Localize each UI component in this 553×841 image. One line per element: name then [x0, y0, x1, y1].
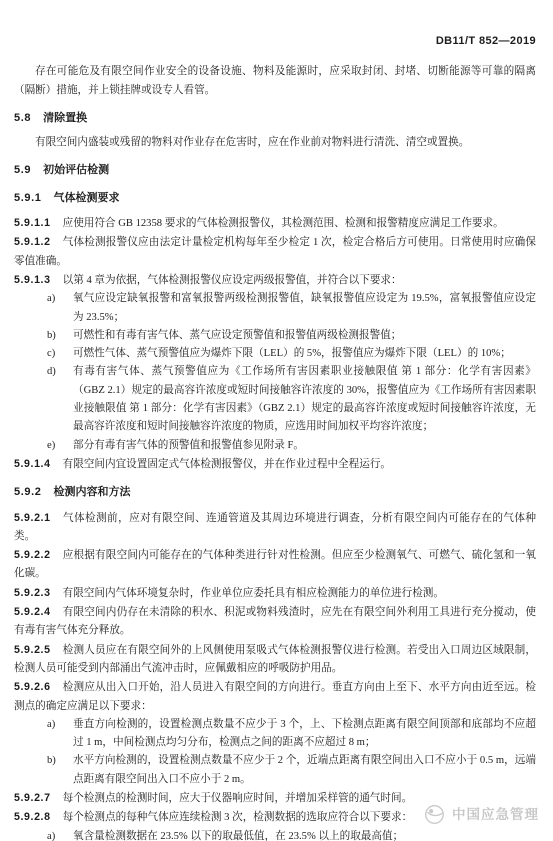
clause-number: 5.9.2.5 [14, 644, 51, 656]
list-item-label: a) [47, 828, 73, 841]
list-item-label: a) [47, 716, 73, 753]
list-item-label: e) [47, 437, 73, 455]
clause-text: 气体检测前，应对有限空间、连通管道及其周边环境进行调查，分析有限空间内可能存在的… [14, 513, 536, 542]
list-item-5-9-1-3-e: e)部分有毒有害气体的预警值和报警值参见附录 F。 [47, 437, 536, 455]
clause-number: 5.9.2.8 [14, 811, 51, 823]
clause-text: 有限空间内宜设置固定式气体检测报警仪，并在作业过程中全程运行。 [63, 459, 391, 470]
list-item-label: b) [47, 327, 73, 345]
clause-5-9-2-2: 5.9.2.2应根据有限空间内可能存在的气体种类进行针对性检测。但应至少检测氧气… [14, 546, 536, 584]
heading-number: 5.9.2 [14, 486, 41, 498]
clause-number: 5.9.2.3 [14, 587, 51, 599]
list-item-text: 可燃性和有毒有害气体、蒸气应设定预警值和报警值两级检测报警值； [73, 327, 536, 345]
list-item-text: 部分有毒有害气体的预警值和报警值参见附录 F。 [73, 437, 536, 455]
heading-number: 5.9.1 [14, 192, 41, 204]
section-heading-5-9-1: 5.9.1气体检测要求 [14, 189, 536, 207]
clause-text: 气体检测报警仪应由法定计量检定机构每年至少检定 1 次，检定合格后方可使用。日常… [14, 237, 536, 266]
heading-number: 5.9 [14, 164, 31, 176]
clause-number: 5.9.2.1 [14, 512, 51, 524]
list-item-text: 水平方向检测的，设置检测点数量不应少于 2 个，近端点距离有限空间出入口不应小于… [73, 752, 536, 789]
list-item-5-9-1-3-c: c)可燃性气体、蒸气预警值应为爆炸下限（LEL）的 5%，报警值应为爆炸下限（L… [47, 345, 536, 363]
list-item-label: d) [47, 363, 73, 436]
clause-5-9-1-4: 5.9.1.4有限空间内宜设置固定式气体检测报警仪，并在作业过程中全程运行。 [14, 455, 536, 474]
clause-text: 以第 4 章为依据，气体检测报警仪应设定两级报警值，并符合以下要求： [63, 275, 402, 286]
heading-number: 5.8 [14, 112, 31, 124]
clause-5-9-1-1: 5.9.1.1应使用符合 GB 12358 要求的气体检测报警仪，其检测范围、检… [14, 214, 536, 233]
watermark: 中国应急管理 [424, 804, 539, 825]
list-item-5-9-1-3-d: d)有毒有害气体、蒸气预警值应为《工作场所有害因素职业接触限值 第 1 部分：化… [47, 363, 536, 436]
heading-title: 初始评估检测 [43, 164, 109, 176]
clause-text: 应根据有限空间内可能存在的气体种类进行针对性检测。但应至少检测氧气、可燃气、硫化… [14, 550, 536, 579]
clause-number: 5.9.1.2 [14, 236, 51, 248]
list-item-5-9-2-8-a: a)氧含量检测数据在 23.5% 以下的取最低值，在 23.5% 以上的取最高值… [47, 828, 536, 841]
list-item-5-9-2-6-a: a)垂直方向检测的，设置检测点数量不应少于 3 个，上、下检测点距离有限空间顶部… [47, 716, 536, 753]
clause-5-9-2-4: 5.9.2.4有限空间内仍存在未清除的积水、积泥或物料残渣时，应先在有限空间外利… [14, 603, 536, 641]
list-item-5-9-1-3-b: b)可燃性和有毒有害气体、蒸气应设定预警值和报警值两级检测报警值； [47, 327, 536, 345]
section-heading-5-9-2: 5.9.2检测内容和方法 [14, 483, 536, 501]
section-heading-5-8: 5.8清除置换 [14, 109, 536, 127]
list-item-text: 垂直方向检测的，设置检测点数量不应少于 3 个，上、下检测点距离有限空间顶部和底… [73, 716, 536, 753]
doc-number: DB11/T 852—2019 [14, 32, 536, 50]
clause-5-9-1-3: 5.9.1.3以第 4 章为依据，气体检测报警仪应设定两级报警值，并符合以下要求… [14, 271, 536, 290]
clause-number: 5.9.2.4 [14, 606, 51, 618]
clause-5-9-2-3: 5.9.2.3有限空间内气体环境复杂时，作业单位应委托具有相应检测能力的单位进行… [14, 584, 536, 603]
clause-5-9-2-5: 5.9.2.5检测人员应在有限空间外的上风侧使用泵吸式气体检测报警仪进行检测。若… [14, 641, 536, 679]
list-item-label: b) [47, 752, 73, 789]
clause-text: 每个检测点的检测时间，应大于仪器响应时间，并增加采样管的通气时间。 [63, 793, 413, 804]
clause-text: 检测人员应在有限空间外的上风侧使用泵吸式气体检测报警仪进行检测。若受出入口周边区… [14, 645, 536, 674]
list-item-label: c) [47, 345, 73, 363]
clause-number: 5.9.1.4 [14, 458, 51, 470]
paragraph-material-cleaning: 有限空间内盛装或残留的物料对作业存在危害时，应在作业前对物料进行清洗、清空或置换… [14, 134, 536, 152]
heading-title: 气体检测要求 [53, 192, 119, 204]
list-item-text: 氧含量检测数据在 23.5% 以下的取最低值，在 23.5% 以上的取最高值； [73, 828, 536, 841]
clause-text: 有限空间内气体环境复杂时，作业单位应委托具有相应检测能力的单位进行检测。 [63, 588, 444, 599]
heading-title: 清除置换 [43, 112, 87, 124]
list-item-label: a) [47, 290, 73, 327]
clause-number: 5.9.2.2 [14, 549, 51, 561]
clause-text: 检测应从出入口开始，沿人员进入有限空间的方向进行。垂直方向由上至下、水平方向由近… [14, 682, 536, 711]
clause-text: 每个检测点的每种气体应连续检测 3 次，检测数据的选取应符合以下要求： [63, 812, 413, 823]
clause-number: 5.9.2.6 [14, 681, 51, 693]
clause-text: 应使用符合 GB 12358 要求的气体检测报警仪，其检测范围、检测和报警精度应… [63, 218, 504, 229]
section-heading-5-9: 5.9初始评估检测 [14, 161, 536, 179]
clause-text: 有限空间内仍存在未清除的积水、积泥或物料残渣时，应先在有限空间外利用工具进行充分… [14, 607, 536, 636]
list-item-text: 有毒有害气体、蒸气预警值应为《工作场所有害因素职业接触限值 第 1 部分：化学有… [73, 363, 536, 436]
watermark-text: 中国应急管理 [452, 808, 539, 822]
document-content: 存在可能危及有限空间作业安全的设备设施、物料及能源时，应采取封闭、封堵、切断能源… [14, 63, 536, 841]
clause-5-9-2-6: 5.9.2.6检测应从出入口开始，沿人员进入有限空间的方向进行。垂直方向由上至下… [14, 678, 536, 716]
paragraph-isolation-measures: 存在可能危及有限空间作业安全的设备设施、物料及能源时，应采取封闭、封堵、切断能源… [14, 63, 536, 100]
list-item-5-9-1-3-a: a)氧气应设定缺氧报警和富氧报警两级检测报警值，缺氧报警值应设定为 19.5%，… [47, 290, 536, 327]
list-item-text: 可燃性气体、蒸气预警值应为爆炸下限（LEL）的 5%，报警值应为爆炸下限（LEL… [73, 345, 536, 363]
list-item-text: 氧气应设定缺氧报警和富氧报警两级检测报警值，缺氧报警值应设定为 19.5%，富氧… [73, 290, 536, 327]
clause-5-9-2-1: 5.9.2.1气体检测前，应对有限空间、连通管道及其周边环境进行调查，分析有限空… [14, 509, 536, 547]
list-item-5-9-2-6-b: b)水平方向检测的，设置检测点数量不应少于 2 个，近端点距离有限空间出入口不应… [47, 752, 536, 789]
emergency-management-logo-icon [424, 804, 445, 825]
clause-number: 5.9.1.3 [14, 274, 51, 286]
clause-number: 5.9.1.1 [14, 217, 51, 229]
heading-title: 检测内容和方法 [53, 486, 130, 498]
clause-number: 5.9.2.7 [14, 792, 51, 804]
clause-5-9-1-2: 5.9.1.2气体检测报警仪应由法定计量检定机构每年至少检定 1 次，检定合格后… [14, 233, 536, 271]
document-page: DB11/T 852—2019 存在可能危及有限空间作业安全的设备设施、物料及能… [0, 0, 553, 841]
